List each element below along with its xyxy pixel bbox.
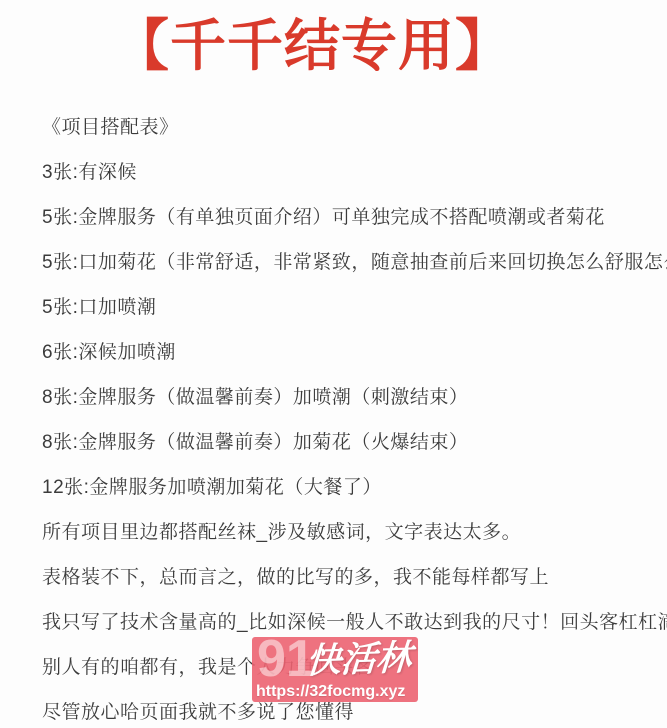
text-line: 5张:口加菊花（非常舒适，非常紧致，随意抽查前后来回切换怎么舒服怎么来） (42, 240, 663, 285)
text-line: 5张:金牌服务（有单独页面介绍）可单独完成不搭配喷潮或者菊花 (42, 195, 663, 240)
watermark-url: https://32focmg.xyz (256, 683, 405, 701)
text-line: 表格装不下，总而言之，做的比写的多，我不能每样都写上 (42, 555, 663, 600)
document-image: 【千千结专用】 《项目搭配表》3张:有深候5张:金牌服务（有单独页面介绍）可单独… (0, 0, 667, 728)
text-line: 6张:深候加喷潮 (42, 330, 663, 375)
page-title: 【千千结专用】 (0, 14, 625, 78)
text-line: 8张:金牌服务（做温馨前奏）加菊花（火爆结束） (42, 420, 663, 465)
text-line: 《项目搭配表》 (42, 105, 663, 150)
text-line: 8张:金牌服务（做温馨前奏）加喷潮（刺激结束） (42, 375, 663, 420)
text-line: 5张:口加喷潮 (42, 285, 663, 330)
text-line: 3张:有深候 (42, 150, 663, 195)
text-line: 所有项目里边都搭配丝袜_涉及敏感词，文字表达太多。 (42, 510, 663, 555)
text-lines: 《项目搭配表》3张:有深候5张:金牌服务（有单独页面介绍）可单独完成不搭配喷潮或… (42, 105, 663, 728)
text-line: 12张:金牌服务加喷潮加菊花（大餐了） (42, 465, 663, 510)
watermark-badge: 91 快活林 https://32focmg.xyz (252, 637, 418, 702)
watermark-brand: 快活林 (304, 637, 412, 683)
